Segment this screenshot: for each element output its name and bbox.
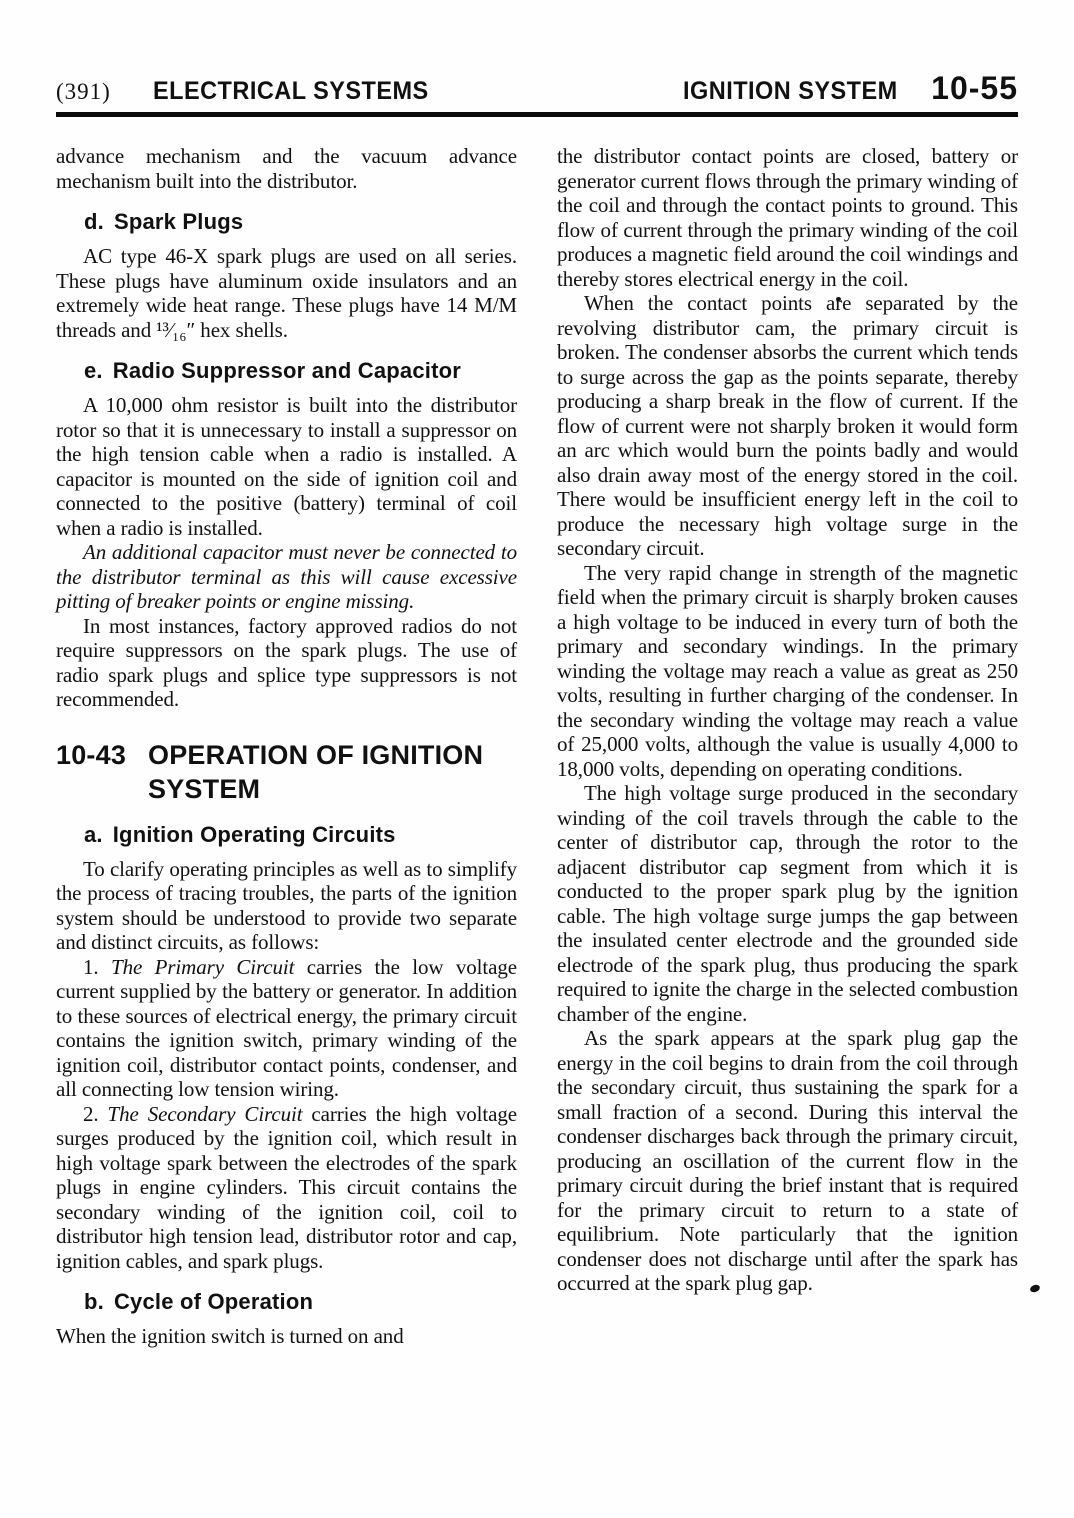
secondary-circuit-lead: The Secondary Circuit — [108, 1102, 303, 1126]
paragraph-secondary-circuit: 2. The Secondary Circuit carries the hig… — [56, 1102, 517, 1274]
paragraph-continuation: advance mechanism and the vacuum advance… — [56, 144, 517, 193]
paragraph-points-separated: When the contact points are separated by… — [557, 291, 1018, 561]
heading-label: Radio Suppressor and Capacitor — [113, 358, 461, 383]
paragraph-high-voltage-surge: The high voltage surge produced in the s… — [557, 781, 1018, 1026]
primary-circuit-lead: The Primary Circuit — [111, 955, 294, 979]
right-column: the distributor contact points are close… — [557, 144, 1018, 1349]
heading-cycle-of-operation: b.Cycle of Operation — [56, 1289, 517, 1315]
paragraph-rapid-change: The very rapid change in strength of the… — [557, 561, 1018, 782]
heading-ignition-operating-circuits: a.Ignition Operating Circuits — [56, 822, 517, 848]
page-number: (391) — [56, 79, 111, 105]
text-columns: advance mechanism and the vacuum advance… — [56, 144, 1018, 1349]
paragraph-points-closed: the distributor contact points are close… — [557, 144, 1018, 291]
heading-letter: a. — [84, 822, 103, 847]
heading-label: Spark Plugs — [114, 209, 243, 234]
ink-spot-artifact — [1029, 1284, 1041, 1294]
paragraph-factory-radios: In most instances, factory approved radi… — [56, 614, 517, 712]
header-section-title: ELECTRICAL SYSTEMS — [153, 77, 429, 106]
header-page-code: 10-55 — [931, 70, 1018, 107]
left-column: advance mechanism and the vacuum advance… — [56, 144, 517, 1349]
heading-letter: b. — [84, 1289, 104, 1314]
ink-spot-artifact — [836, 297, 841, 301]
heading-label: Cycle of Operation — [114, 1289, 313, 1314]
paragraph-primary-circuit: 1. The Primary Circuit carries the low v… — [56, 955, 517, 1102]
list-number: 1. — [83, 955, 99, 979]
paragraph-capacitor-caution: An additional capacitor must never be co… — [56, 540, 517, 614]
section-title: OPERATION OF IGNITIONSYSTEM — [148, 738, 483, 806]
section-heading-10-43: 10-43 OPERATION OF IGNITIONSYSTEM — [56, 738, 517, 806]
secondary-circuit-text: carries the high voltage surges produced… — [56, 1102, 517, 1273]
heading-spark-plugs: d.Spark Plugs — [56, 209, 517, 235]
running-header: (391) ELECTRICAL SYSTEMS IGNITION SYSTEM… — [56, 70, 1018, 107]
running-header-right: IGNITION SYSTEM 10-55 — [683, 70, 1018, 107]
section-title-line1: OPERATION OF IGNITION — [148, 740, 483, 770]
paragraph-cycle-start: When the ignition switch is turned on an… — [56, 1324, 517, 1349]
section-number: 10-43 — [56, 738, 148, 806]
heading-radio-suppressor: e.Radio Suppressor and Capacitor — [56, 358, 517, 384]
running-header-left: (391) ELECTRICAL SYSTEMS — [56, 77, 446, 106]
paragraph-clarify-circuits: To clarify operating principles as well … — [56, 857, 517, 955]
heading-letter: d. — [84, 209, 104, 234]
heading-label: Ignition Operating Circuits — [113, 822, 396, 847]
paragraph-radio-suppressor: A 10,000 ohm resistor is built into the … — [56, 393, 517, 540]
heading-letter: e. — [84, 358, 103, 383]
manual-page: (391) ELECTRICAL SYSTEMS IGNITION SYSTEM… — [0, 0, 1074, 1518]
section-title-line2: SYSTEM — [148, 774, 260, 804]
list-number: 2. — [83, 1102, 99, 1126]
paragraph-spark-plugs: AC type 46-X spark plugs are used on all… — [56, 244, 517, 342]
header-rule — [56, 112, 1018, 117]
header-chapter-title: IGNITION SYSTEM — [683, 77, 898, 106]
paragraph-spark-appears: As the spark appears at the spark plug g… — [557, 1026, 1018, 1296]
